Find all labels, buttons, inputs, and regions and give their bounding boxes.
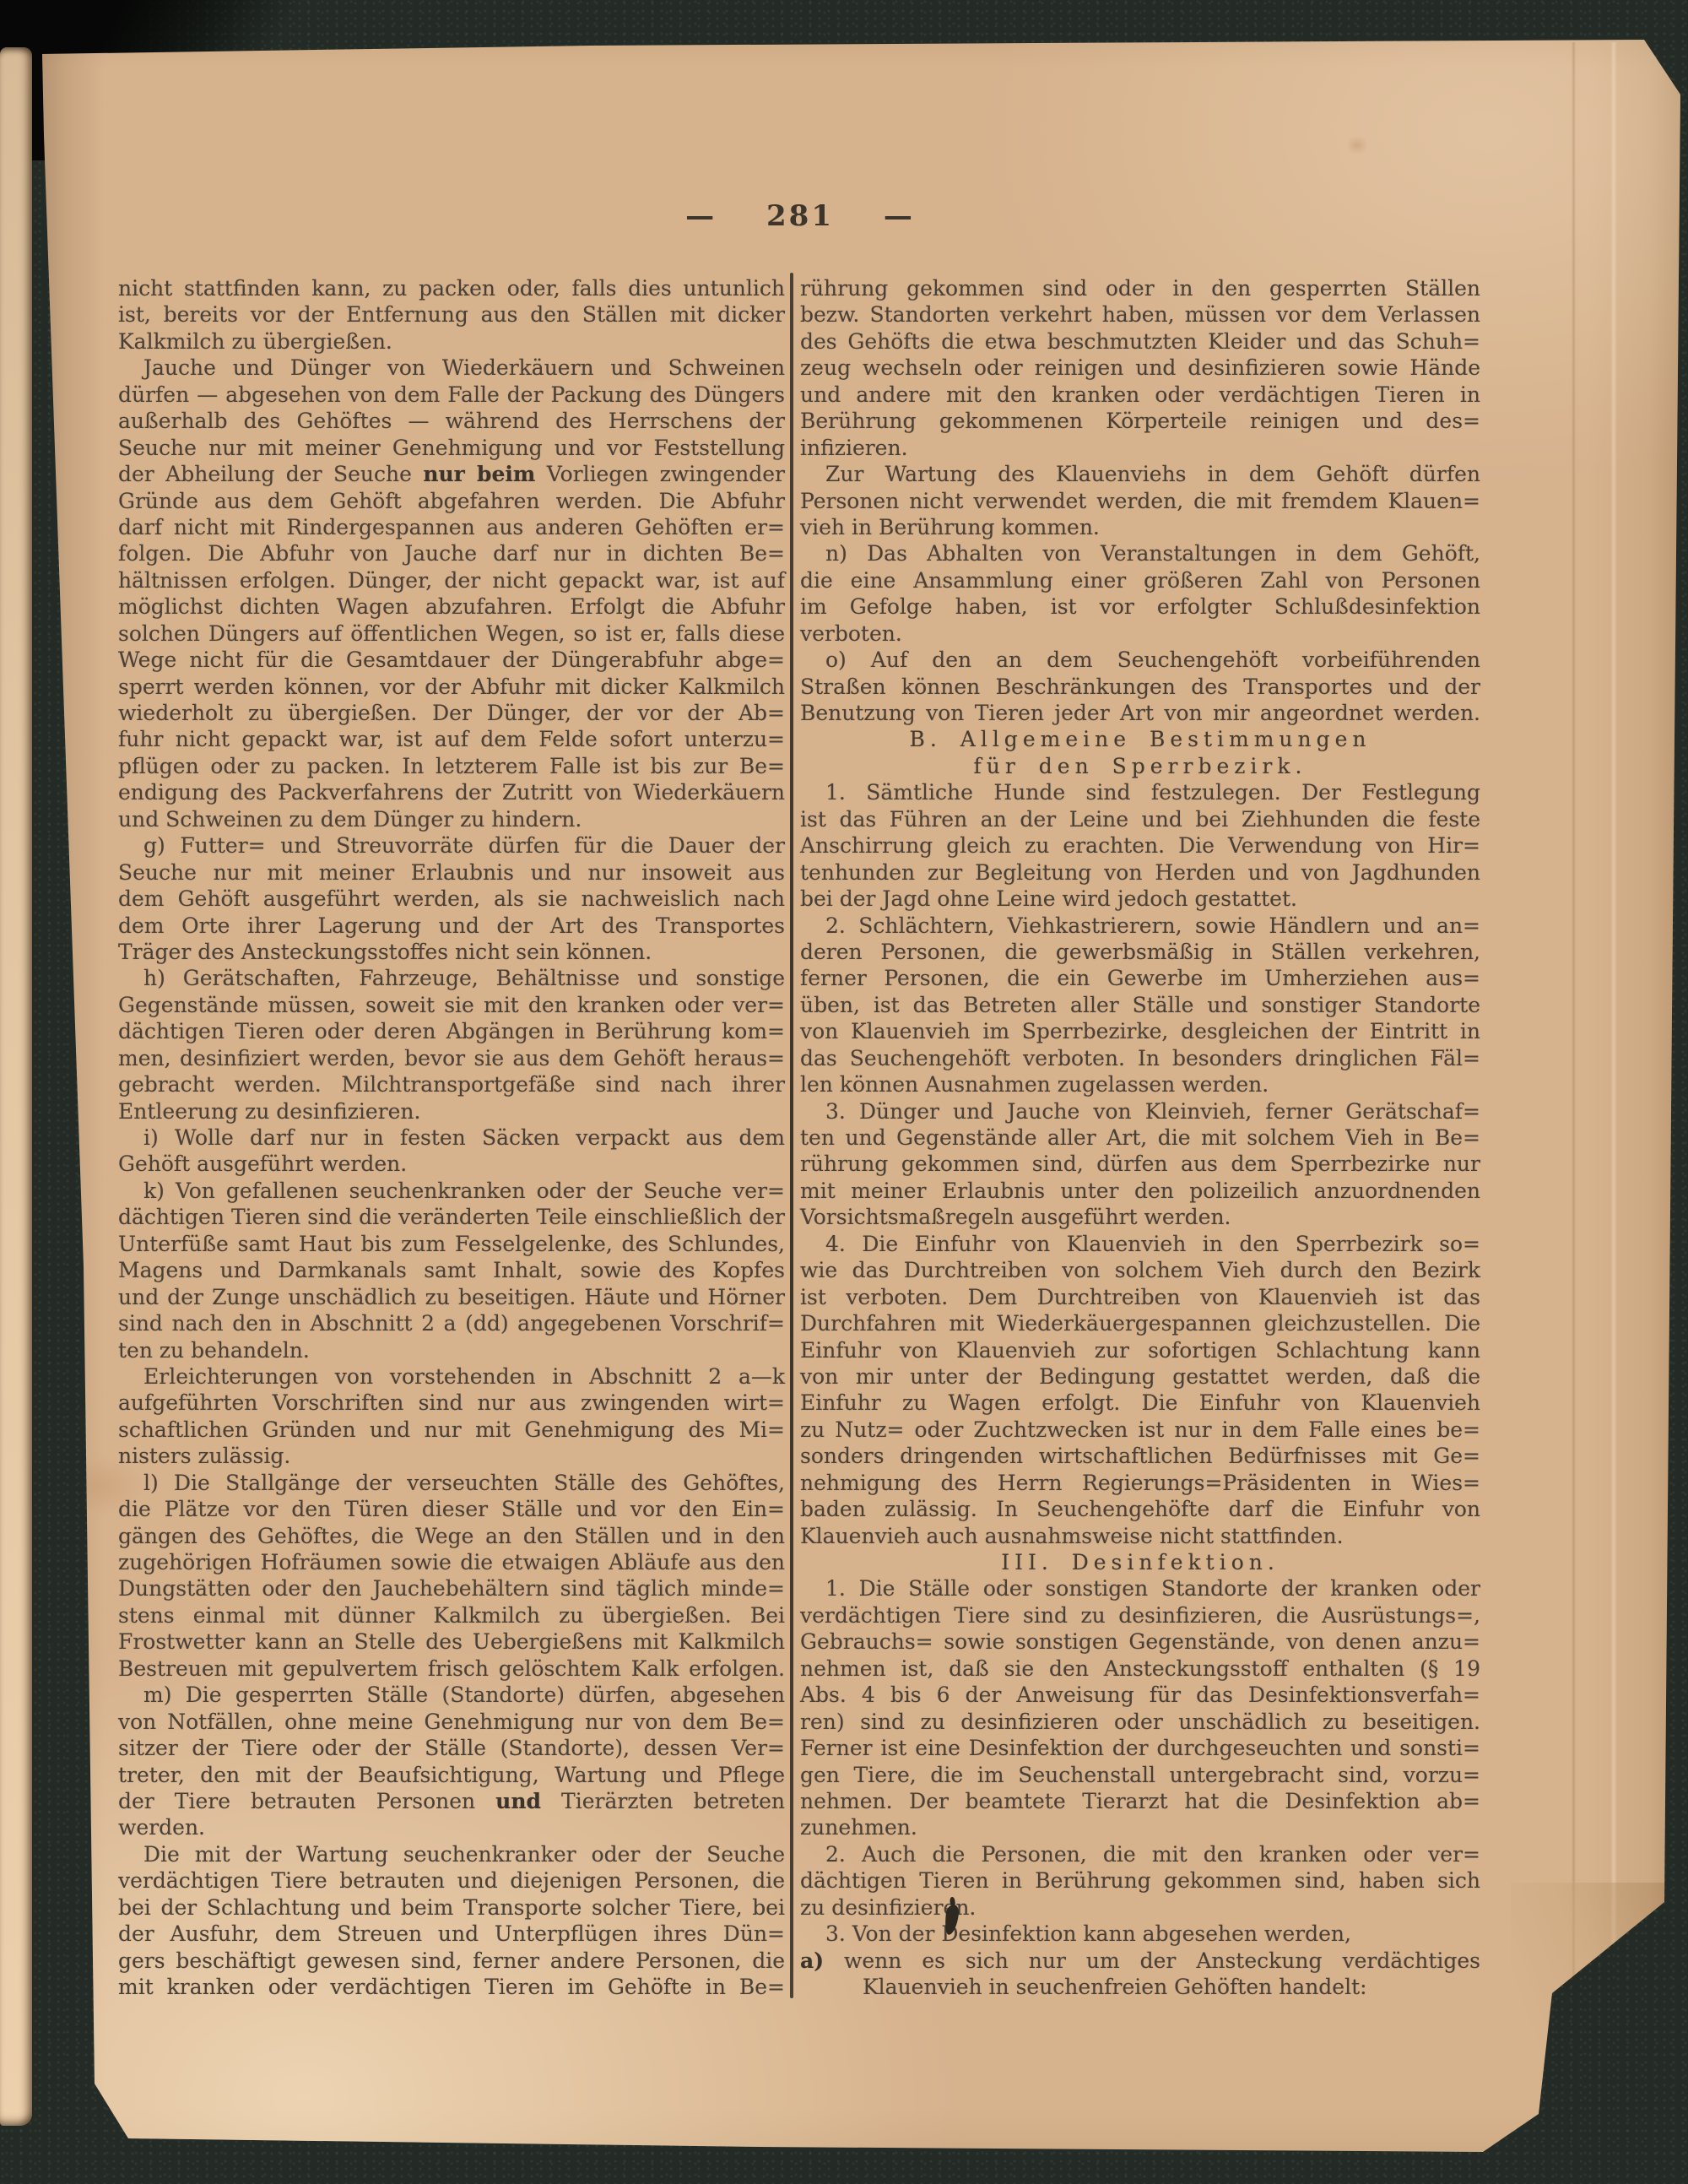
text-line: ist, bereits vor der Entfernung aus den … — [118, 301, 785, 328]
text-line: ist verboten. Dem Durchtreiben von Klaue… — [800, 1284, 1480, 1310]
text-line: g) Futter= und Streuvorräte dürfen für d… — [118, 832, 785, 859]
text-line: Klauenvieh in seuchenfreien Gehöften han… — [800, 1974, 1480, 2000]
text-line: Ferner ist eine Desinfektion der durchge… — [800, 1735, 1480, 1761]
text-line: gebracht werden. Milchtransportgefäße si… — [118, 1071, 785, 1097]
right-column: rührung gekommen sind oder in den gesper… — [800, 275, 1480, 2000]
text-line: mit kranken oder verdächtigen Tieren im … — [118, 1974, 785, 2000]
text-line: mit meiner Erlaubnis unter den polizeili… — [800, 1178, 1480, 1204]
text-line: nehmen ist, daß sie den Ansteckungsstoff… — [800, 1656, 1480, 1682]
text-line: der Tiere betrauten Personen und Tierärz… — [118, 1788, 785, 1814]
text-line: Träger des Ansteckungsstoffes nicht sein… — [118, 939, 785, 965]
text-line: aufgeführten Vorschriften sind nur aus z… — [118, 1390, 785, 1416]
text-line: deren Personen, die gewerbsmäßig in Stäl… — [800, 939, 1480, 965]
text-line: 2. Schlächtern, Viehkastrierern, sowie H… — [800, 913, 1480, 939]
text-line: Seuche nur mit meiner Genehmigung und vo… — [118, 435, 785, 461]
page-crease — [1572, 42, 1576, 2153]
text-line: hältnissen erfolgen. Dünger, der nicht g… — [118, 567, 785, 593]
text-line: 4. Die Einfuhr von Klauenvieh in den Spe… — [800, 1231, 1480, 1257]
text-line: Entleerung zu desinfizieren. — [118, 1098, 785, 1125]
text-line: gängen des Gehöftes, die Wege an den Stä… — [118, 1523, 785, 1549]
text-line: für den Sperrbezirk. — [800, 753, 1480, 779]
text-line: o) Auf den an dem Seuchengehöft vorbeifü… — [800, 647, 1480, 673]
text-line: ist das Führen an der Leine und bei Zieh… — [800, 806, 1480, 832]
text-line: baden zulässig. In Seuchengehöfte darf d… — [800, 1496, 1480, 1522]
text-line: des Gehöfts die etwa beschmutzten Kleide… — [800, 328, 1480, 355]
text-line: werden. — [118, 1814, 785, 1840]
text-line: verboten. — [800, 621, 1480, 647]
text-line: sperrt werden können, vor der Abfuhr mit… — [118, 674, 785, 700]
text-line: pflügen oder zu packen. In letzterem Fal… — [118, 753, 785, 779]
text-line: Klauenvieh auch ausnahmsweise nicht stat… — [800, 1523, 1480, 1549]
text-line: wie das Durchtreiben von solchem Vieh du… — [800, 1257, 1480, 1283]
text-line: Die mit der Wartung seuchenkranker oder … — [118, 1841, 785, 1867]
text-line: n) Das Abhalten von Veranstaltungen in d… — [800, 540, 1480, 566]
text-line: von Notfällen, ohne meine Genehmigung nu… — [118, 1709, 785, 1735]
text-line: Magens und Darmkanals samt Inhalt, sowie… — [118, 1257, 785, 1283]
text-line: Frostwetter kann an Stelle des Uebergieß… — [118, 1629, 785, 1655]
text-line: stens einmal mit dünner Kalkmilch zu übe… — [118, 1602, 785, 1629]
text-line: 1. Sämtliche Hunde sind festzulegen. Der… — [800, 779, 1480, 805]
text-line: nehmen. Der beamtete Tierarzt hat die De… — [800, 1788, 1480, 1814]
text-line: ten und Gegenstände aller Art, die mit s… — [800, 1125, 1480, 1151]
text-line: ten zu behandeln. — [118, 1337, 785, 1363]
text-line: 1. Die Ställe oder sonstigen Standorte d… — [800, 1575, 1480, 1601]
text-line: Straßen können Beschränkungen des Transp… — [800, 674, 1480, 700]
text-line: rührung gekommen sind oder in den gesper… — [800, 275, 1480, 301]
text-line: nehmigung des Herrn Regierungs=Präsident… — [800, 1470, 1480, 1496]
text-line: dächtigen Tieren oder deren Abgängen in … — [118, 1018, 785, 1044]
text-line: die Plätze vor den Türen dieser Ställe u… — [118, 1496, 785, 1522]
text-line: len können Ausnahmen zugelassen werden. — [800, 1071, 1480, 1097]
text-line: Durchfahren mit Wiederkäuergespannen gle… — [800, 1310, 1480, 1336]
text-line: Unterfüße samt Haut bis zum Fesselgelenk… — [118, 1231, 785, 1257]
text-line: i) Wolle darf nur in festen Säcken verpa… — [118, 1125, 785, 1151]
text-line: bei der Jagd ohne Leine wird jedoch gest… — [800, 886, 1480, 912]
text-line: rührung gekommen sind, dürfen aus dem Sp… — [800, 1151, 1480, 1177]
text-line: der Abheilung der Seuche nur beim Vorlie… — [118, 461, 785, 487]
text-line: III. Desinfektion. — [800, 1549, 1480, 1575]
text-line: h) Gerätschaften, Fahrzeuge, Behältnisse… — [118, 965, 785, 991]
book-scan: — 281 — nicht stattfinden kann, zu packe… — [0, 0, 1688, 2184]
text-line: B. Allgemeine Bestimmungen — [800, 726, 1480, 752]
text-line: nicht stattfinden kann, zu packen oder, … — [118, 275, 785, 301]
page-edge-shading — [1511, 1883, 1680, 2161]
text-line: Dungstätten oder den Jauchebehältern sin… — [118, 1575, 785, 1601]
text-line: sitzer der Tiere oder der Ställe (Stando… — [118, 1735, 785, 1761]
text-line: zugehörigen Hofräumen sowie die etwaigen… — [118, 1549, 785, 1575]
text-line: sind nach den in Abschnitt 2 a (dd) ange… — [118, 1310, 785, 1336]
text-line: Kalkmilch zu übergießen. — [118, 328, 785, 355]
text-line: gers beschäftigt gewesen sind, ferner an… — [118, 1948, 785, 1974]
text-line: treter, den mit der Beaufsichtigung, War… — [118, 1762, 785, 1788]
text-line: bei der Schlachtung und beim Transporte … — [118, 1894, 785, 1921]
text-line: Vorsichtsmaßregeln ausgeführt werden. — [800, 1204, 1480, 1230]
text-line: m) Die gesperrten Ställe (Standorte) dür… — [118, 1682, 785, 1708]
text-line: dem Gehöft ausgeführt werden, als sie na… — [118, 886, 785, 912]
text-line: Abs. 4 bis 6 der Anweisung für das Desin… — [800, 1682, 1480, 1708]
text-line: und Schweinen zu dem Dünger zu hindern. — [118, 806, 785, 832]
text-line: Zur Wartung des Klauenviehs in dem Gehöf… — [800, 461, 1480, 487]
text-line: wiederholt zu übergießen. Der Dünger, de… — [118, 700, 785, 726]
text-line: der Ausfuhr, dem Streuen und Unterpflüge… — [118, 1921, 785, 1947]
text-line: 3. Von der Desinfektion kann abgesehen w… — [800, 1921, 1480, 1947]
text-line: 3. Dünger und Jauche von Kleinvieh, fern… — [800, 1098, 1480, 1125]
text-line: Einfuhr von Klauenvieh zur sofortigen Sc… — [800, 1337, 1480, 1363]
text-line: im Gefolge haben, ist vor erfolgter Schl… — [800, 593, 1480, 620]
text-line: bezw. Standorten verkehrt haben, müssen … — [800, 301, 1480, 328]
text-line: dächtigen Tieren sind die veränderten Te… — [118, 1204, 785, 1230]
text-line: sonders dringenden wirtschaftlichen Bedü… — [800, 1443, 1480, 1469]
text-line: fuhr nicht gepackt war, ist auf dem Feld… — [118, 726, 785, 752]
text-line: die eine Ansammlung einer größeren Zahl … — [800, 567, 1480, 593]
text-line: verdächtigen Tiere betrauten und diejeni… — [118, 1867, 785, 1894]
text-line: nisters zulässig. — [118, 1443, 785, 1469]
text-line: 2. Auch die Personen, die mit den kranke… — [800, 1841, 1480, 1867]
text-line: außerhalb des Gehöftes — während des Her… — [118, 408, 785, 434]
text-line: Gegenstände müssen, soweit sie mit den k… — [118, 992, 785, 1018]
text-line: Gehöft ausgeführt werden. — [118, 1151, 785, 1177]
page-number: — 281 — — [118, 199, 1482, 233]
text-line: und der Zunge unschädlich zu beseitigen.… — [118, 1284, 785, 1310]
text-line: Einfuhr zu Wagen erfolgt. Die Einfuhr vo… — [800, 1390, 1480, 1416]
text-line: das Seuchengehöft verboten. In besonders… — [800, 1045, 1480, 1071]
page: — 281 — nicht stattfinden kann, zu packe… — [0, 0, 1688, 2184]
text-line: Wege nicht für die Gesamtdauer der Dünge… — [118, 647, 785, 673]
text-line: zeug wechseln oder reinigen und desinfiz… — [800, 355, 1480, 381]
text-line: ferner Personen, die ein Gewerbe im Umhe… — [800, 965, 1480, 991]
text-line: Berührung gekommenen Körperteile reinige… — [800, 408, 1480, 434]
text-line: a) wenn es sich nur um der Ansteckung ve… — [800, 1948, 1480, 1974]
text-line: zu Nutz= oder Zuchtzwecken ist nur in de… — [800, 1417, 1480, 1443]
text-line: dürfen — abgesehen von dem Falle der Pac… — [118, 382, 785, 408]
text-line: Jauche und Dünger von Wiederkäuern und S… — [118, 355, 785, 381]
text-line: Gründe aus dem Gehöft abgefahren werden.… — [118, 488, 785, 514]
text-line: Gebrauchs= sowie sonstigen Gegenstände, … — [800, 1629, 1480, 1655]
text-line: von Klauenvieh im Sperrbezirke, desgleic… — [800, 1018, 1480, 1044]
text-line: zu desinfizieren. — [800, 1894, 1480, 1921]
text-line: schaftlichen Gründen und nur mit Genehmi… — [118, 1417, 785, 1443]
text-line: zunehmen. — [800, 1814, 1480, 1840]
text-line: verdächtigen Tiere sind zu desinfizieren… — [800, 1602, 1480, 1629]
text-line: solchen Düngers auf öffentlichen Wegen, … — [118, 621, 785, 647]
text-line: Seuche nur mit meiner Erlaubnis und nur … — [118, 859, 785, 886]
text-line: endigung des Packverfahrens der Zutritt … — [118, 779, 785, 805]
text-line: möglichst dichten Wagen abzufahren. Erfo… — [118, 593, 785, 620]
left-column: nicht stattfinden kann, zu packen oder, … — [118, 275, 785, 2000]
text-line: men, desinfiziert werden, bevor sie aus … — [118, 1045, 785, 1071]
column-divider-rule — [790, 273, 793, 1998]
page-crease — [1610, 42, 1617, 2153]
text-line: darf nicht mit Rindergespannen aus ander… — [118, 514, 785, 540]
adjacent-page-edge — [0, 47, 32, 2126]
text-line: von mir unter der Bedingung gestattet we… — [800, 1363, 1480, 1390]
text-line: dem Orte ihrer Lagerung und der Art des … — [118, 913, 785, 939]
text-line: l) Die Stallgänge der verseuchten Ställe… — [118, 1470, 785, 1496]
text-line: ren) sind zu desinfizieren oder unschädl… — [800, 1709, 1480, 1735]
text-line: Benutzung von Tieren jeder Art von mir a… — [800, 700, 1480, 726]
text-line: dächtigen Tieren in Berührung gekommen s… — [800, 1867, 1480, 1894]
text-line: Anschirrung gleich zu erachten. Die Verw… — [800, 832, 1480, 859]
text-line: Erleichterungen von vorstehenden in Absc… — [118, 1363, 785, 1390]
text-line: Personen nicht verwendet werden, die mit… — [800, 488, 1480, 514]
text-line: k) Von gefallenen seuchenkranken oder de… — [118, 1178, 785, 1204]
text-line: Bestreuen mit gepulvertem frisch gelösch… — [118, 1656, 785, 1682]
text-line: und andere mit den kranken oder verdächt… — [800, 382, 1480, 408]
text-line: üben, ist das Betreten aller Ställe und … — [800, 992, 1480, 1018]
text-line: vieh in Berührung kommen. — [800, 514, 1480, 540]
text-line: gen Tiere, die im Seuchenstall untergebr… — [800, 1762, 1480, 1788]
text-line: tenhunden zur Begleitung von Herden und … — [800, 859, 1480, 886]
text-line: folgen. Die Abfuhr von Jauche darf nur i… — [118, 540, 785, 566]
text-line: infizieren. — [800, 435, 1480, 461]
